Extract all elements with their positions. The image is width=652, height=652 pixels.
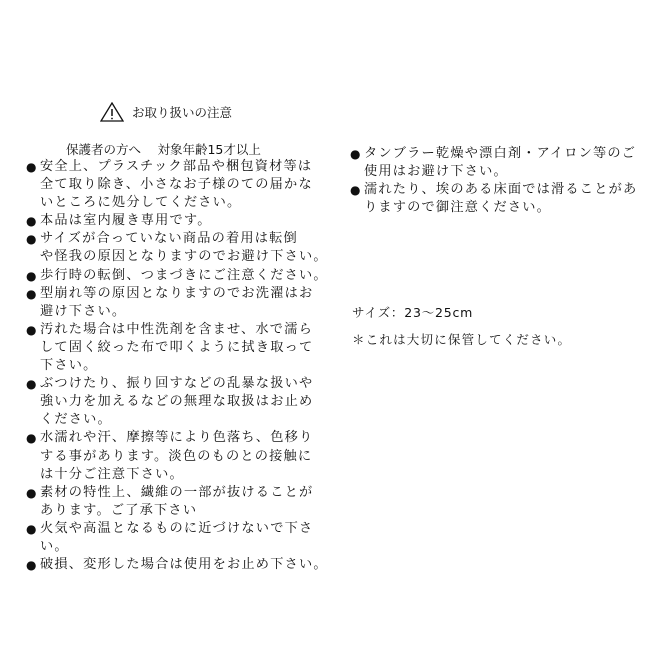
bullet-icon: ● xyxy=(26,520,40,556)
caution-line: 避け下さい。 xyxy=(40,303,336,321)
bullet-icon: ● xyxy=(26,321,40,375)
caution-line: する事があります。淡色のものとの接触に xyxy=(40,448,336,466)
caution-item: ●濡れたり、埃のある床面では滑ることがありますので御注意ください。 xyxy=(350,181,650,217)
caution-item: ●本品は室内履き専用です。 xyxy=(26,212,336,230)
caution-line: は十分ご注意下さい。 xyxy=(40,466,336,484)
caution-item: ●歩行時の転倒、つまづきにご注意ください。 xyxy=(26,267,336,285)
caution-item: ●火気や高温となるものに近づけないで下さい。 xyxy=(26,520,336,556)
caution-line: や怪我の原因となりますのでお避け下さい。 xyxy=(40,248,336,266)
caution-line: あります。ご了承下さい xyxy=(40,502,336,520)
caution-line: 使用はお避け下さい。 xyxy=(364,163,650,181)
caution-line: 火気や高温となるものに近づけないで下さ xyxy=(40,520,336,538)
storage-note: ＊これは大切に保管してください。 xyxy=(352,330,571,348)
bullet-icon: ● xyxy=(26,158,40,212)
caution-line: 強い力を加えるなどの無理な取扱はお止め xyxy=(40,393,336,411)
caution-line: 本品は室内履き専用です。 xyxy=(40,212,336,230)
caution-line: 汚れた場合は中性洗剤を含ませ、水で濡ら xyxy=(40,321,336,339)
caution-item: ●破損、変形した場合は使用をお止め下さい。 xyxy=(26,556,336,574)
size-text: サイズ：23～25cm xyxy=(352,303,473,321)
bullet-icon: ● xyxy=(26,375,40,429)
caution-item: ●タンブラー乾燥や漂白剤・アイロン等のご使用はお避け下さい。 xyxy=(350,145,650,181)
caution-item: ●汚れた場合は中性洗剤を含ませ、水で濡らして固く絞った布で叩くように拭き取って下… xyxy=(26,321,336,375)
caution-line: 破損、変形した場合は使用をお止め下さい。 xyxy=(40,556,336,574)
caution-line: 歩行時の転倒、つまづきにご注意ください。 xyxy=(40,267,336,285)
caution-line: 素材の特性上、繊維の一部が抜けることが xyxy=(40,484,336,502)
caution-line: いところに処分してください。 xyxy=(40,194,336,212)
subtitle: 保護者の方へ 対象年齢15才以上 xyxy=(66,140,261,158)
bullet-icon: ● xyxy=(350,145,364,181)
caution-line: して固く絞った布で叩くように拭き取って xyxy=(40,339,336,357)
bullet-icon: ● xyxy=(26,267,40,285)
caution-line: 下さい。 xyxy=(40,357,336,375)
caution-item: ●水濡れや汗、摩擦等により色落ち、色移りする事があります。淡色のものとの接触には… xyxy=(26,429,336,483)
bullet-icon: ● xyxy=(26,285,40,321)
caution-item: ●サイズが合っていない商品の着用は転倒や怪我の原因となりますのでお避け下さい。 xyxy=(26,230,336,266)
heading: お取り扱いの注意 xyxy=(100,102,232,122)
heading-title: お取り扱いの注意 xyxy=(132,103,232,121)
bullet-icon: ● xyxy=(26,484,40,520)
caution-line: い。 xyxy=(40,538,336,556)
caution-line: タンブラー乾燥や漂白剤・アイロン等のご xyxy=(364,145,650,163)
bullet-icon: ● xyxy=(26,429,40,483)
warning-triangle-icon xyxy=(100,102,124,122)
caution-line: 全て取り除き、小さなお子様のての届かな xyxy=(40,176,336,194)
bullet-icon: ● xyxy=(350,181,364,217)
left-column: ●安全上、プラスチック部品や梱包資材等は全て取り除き、小さなお子様のての届かない… xyxy=(26,158,336,574)
bullet-icon: ● xyxy=(26,230,40,266)
caution-line: ください。 xyxy=(40,411,336,429)
caution-line: ぶつけたり、振り回すなどの乱暴な扱いや xyxy=(40,375,336,393)
bullet-icon: ● xyxy=(26,212,40,230)
caution-line: サイズが合っていない商品の着用は転倒 xyxy=(40,230,336,248)
caution-item: ●型崩れ等の原因となりますのでお洗濯はお避け下さい。 xyxy=(26,285,336,321)
caution-item: ●ぶつけたり、振り回すなどの乱暴な扱いや強い力を加えるなどの無理な取扱はお止めく… xyxy=(26,375,336,429)
right-column: ●タンブラー乾燥や漂白剤・アイロン等のご使用はお避け下さい。●濡れたり、埃のある… xyxy=(350,145,650,217)
caution-item: ●安全上、プラスチック部品や梱包資材等は全て取り除き、小さなお子様のての届かない… xyxy=(26,158,336,212)
caution-line: りますので御注意ください。 xyxy=(364,199,650,217)
caution-line: 型崩れ等の原因となりますのでお洗濯はお xyxy=(40,285,336,303)
caution-item: ●素材の特性上、繊維の一部が抜けることがあります。ご了承下さい xyxy=(26,484,336,520)
caution-line: 安全上、プラスチック部品や梱包資材等は xyxy=(40,158,336,176)
bullet-icon: ● xyxy=(26,556,40,574)
caution-line: 水濡れや汗、摩擦等により色落ち、色移り xyxy=(40,429,336,447)
caution-line: 濡れたり、埃のある床面では滑ることがあ xyxy=(364,181,650,199)
